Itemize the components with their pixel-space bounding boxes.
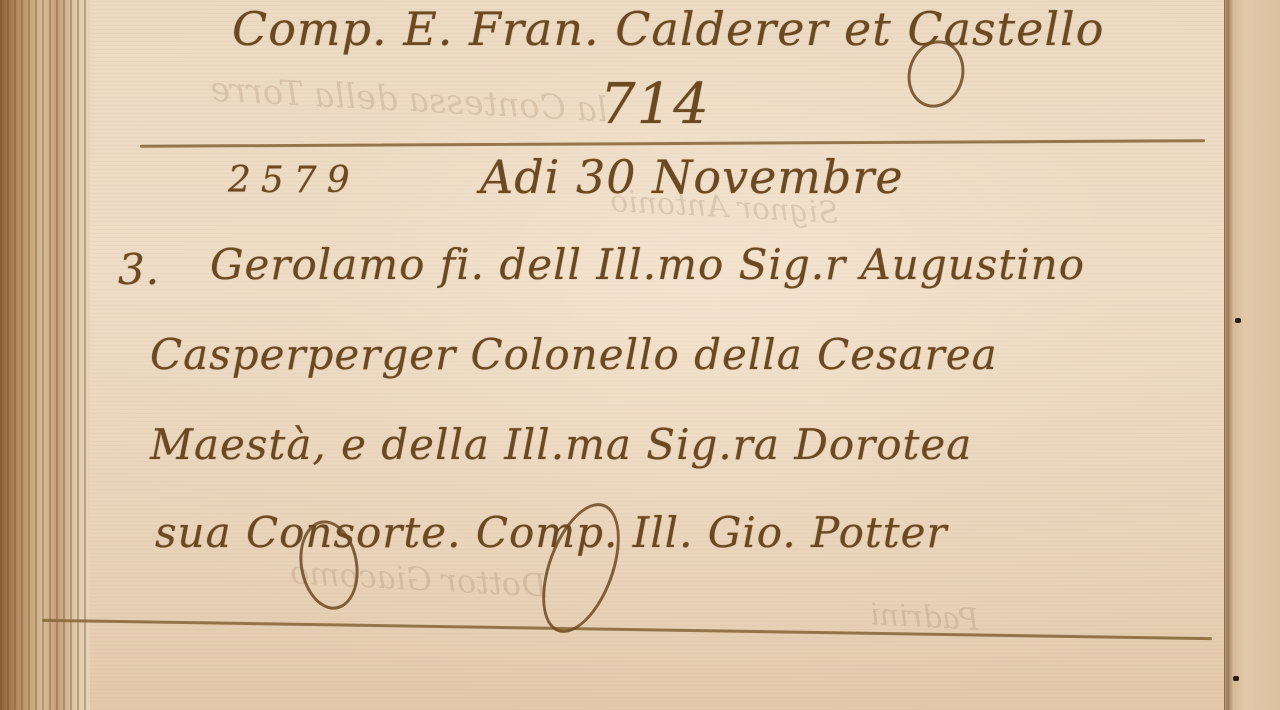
- binding-gutter: [1224, 0, 1280, 710]
- ink-speck: [1235, 318, 1241, 323]
- page-edge-stack: [0, 0, 95, 710]
- ink-speck: [1233, 676, 1239, 681]
- entry-line-2: Casperperger Colonello della Cesarea: [150, 330, 998, 379]
- bleed-through-text: la Contessa della Torre: [209, 70, 609, 131]
- margin-note: 3.: [118, 245, 160, 294]
- manuscript-photo: la Contessa della Torre Signor Antonio D…: [0, 0, 1280, 710]
- entry-line-1: Gerolamo fi. dell Ill.mo Sig.r Augustino: [210, 240, 1085, 289]
- entry-line-4: sua Consorte. Comp. Ill. Gio. Potter: [155, 508, 948, 557]
- margin-register-number: 2579: [228, 160, 360, 201]
- entry-line-3: Maestà, e della Ill.ma Sig.ra Dorotea: [150, 420, 972, 469]
- top-signature-line: Comp. E. Fran. Calderer et Castello: [232, 2, 1104, 56]
- entry-date: Adi 30 Novembre: [480, 150, 904, 204]
- entry-number: 714: [600, 72, 710, 137]
